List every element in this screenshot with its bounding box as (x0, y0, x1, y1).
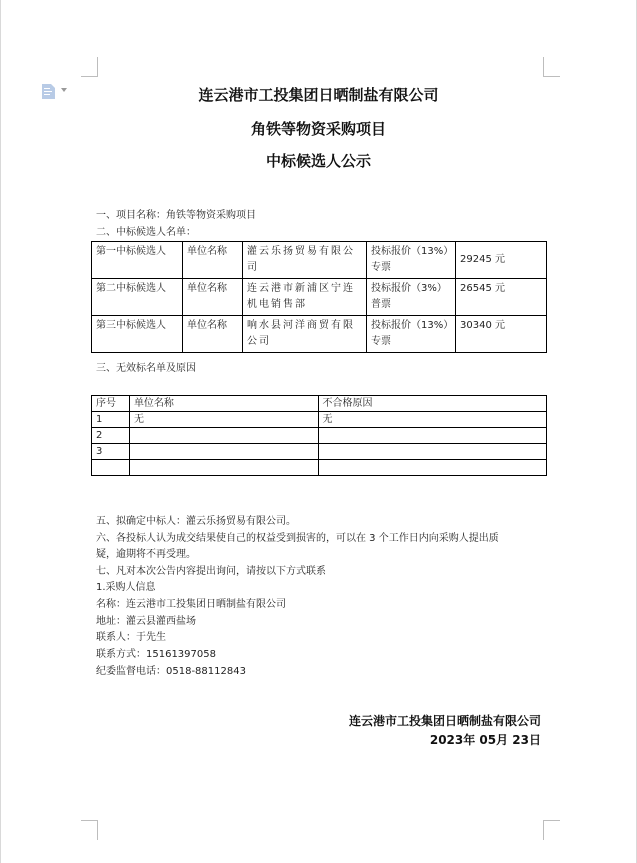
section-inquiry: 七、凡对本次公告内容提出询问，请按以下方式联系 (96, 566, 326, 578)
crop-mark-top-right (543, 57, 560, 77)
candidate-price: 26545 元 (456, 279, 547, 316)
section-winner: 五、拟确定中标人：灌云乐扬贸易有限公司。 (96, 516, 296, 528)
candidate-rank: 第二中标候选人 (92, 279, 183, 316)
table-header-row: 序号 单位名称 不合格原因 (92, 396, 547, 412)
signature-date: 2023年 05月 23日 (430, 731, 541, 748)
table-row: 3 (92, 444, 547, 460)
section-objection-line2: 疑，逾期将不再受理。 (96, 549, 196, 561)
candidate-label: 单位名称 (183, 242, 243, 279)
table-cell: 2 (92, 428, 130, 444)
candidate-label: 单位名称 (183, 279, 243, 316)
candidate-price: 30340 元 (456, 316, 547, 353)
purchaser-name: 名称：连云港市工投集团日晒制盐有限公司 (96, 599, 286, 611)
table-row (92, 460, 547, 476)
candidate-company: 连云港市新浦区宁连机电销售部 (243, 279, 367, 316)
candidate-company: 响水县河洋商贸有限公司 (243, 316, 367, 353)
purchaser-contact: 联系人：于先生 (96, 632, 166, 644)
candidate-price-label: 投标报价（3%）普票 (367, 279, 456, 316)
invalid-bids-table: 序号 单位名称 不合格原因 1 无 无 2 3 (91, 395, 547, 476)
notice-title: 中标候选人公示 (0, 150, 637, 171)
table-cell (129, 428, 318, 444)
table-cell (318, 444, 547, 460)
table-cell: 无 (129, 412, 318, 428)
company-title: 连云港市工投集团日晒制盐有限公司 (0, 84, 637, 105)
section-invalid-bids: 三、无效标名单及原因 (96, 363, 196, 375)
section-candidate-list: 二、中标候选人名单： (96, 227, 196, 239)
crop-mark-bottom-left (81, 820, 98, 840)
project-title: 角铁等物资采购项目 (0, 118, 637, 139)
table-row: 第一中标候选人 单位名称 灌云乐扬贸易有限公司 投标报价（13%）专票 2924… (92, 242, 547, 279)
purchaser-phone: 联系方式：15161397058 (96, 649, 216, 661)
candidate-price-label: 投标报价（13%）专票 (367, 242, 456, 279)
column-header: 单位名称 (129, 396, 318, 412)
candidate-price: 29245 元 (456, 242, 547, 279)
table-row: 第三中标候选人 单位名称 响水县河洋商贸有限公司 投标报价（13%）专票 303… (92, 316, 547, 353)
table-row: 1 无 无 (92, 412, 547, 428)
table-cell: 3 (92, 444, 130, 460)
purchaser-info-heading: 1.采购人信息 (96, 582, 156, 594)
purchaser-address: 地址：灌云县灌西盐场 (96, 616, 196, 628)
candidate-rank: 第一中标候选人 (92, 242, 183, 279)
candidate-table: 第一中标候选人 单位名称 灌云乐扬贸易有限公司 投标报价（13%）专票 2924… (91, 241, 547, 353)
column-header: 不合格原因 (318, 396, 547, 412)
section-objection-line1: 六、各投标人认为成交结果使自己的权益受到损害的，可以在 3 个工作日内向采购人提… (96, 533, 499, 545)
candidate-label: 单位名称 (183, 316, 243, 353)
table-cell (318, 460, 547, 476)
column-header: 序号 (92, 396, 130, 412)
crop-mark-top-left (81, 57, 98, 77)
table-cell (92, 460, 130, 476)
table-cell: 无 (318, 412, 547, 428)
candidate-company: 灌云乐扬贸易有限公司 (243, 242, 367, 279)
signature-company: 连云港市工投集团日晒制盐有限公司 (349, 712, 541, 729)
table-cell: 1 (92, 412, 130, 428)
candidate-price-label: 投标报价（13%）专票 (367, 316, 456, 353)
candidate-rank: 第三中标候选人 (92, 316, 183, 353)
supervision-phone: 纪委监督电话：0518-88112843 (96, 666, 246, 678)
table-cell (318, 428, 547, 444)
table-row: 第二中标候选人 单位名称 连云港市新浦区宁连机电销售部 投标报价（3%）普票 2… (92, 279, 547, 316)
table-cell (129, 444, 318, 460)
crop-mark-bottom-right (543, 820, 560, 840)
section-project-name: 一、项目名称：角铁等物资采购项目 (96, 210, 256, 222)
table-row: 2 (92, 428, 547, 444)
table-cell (129, 460, 318, 476)
